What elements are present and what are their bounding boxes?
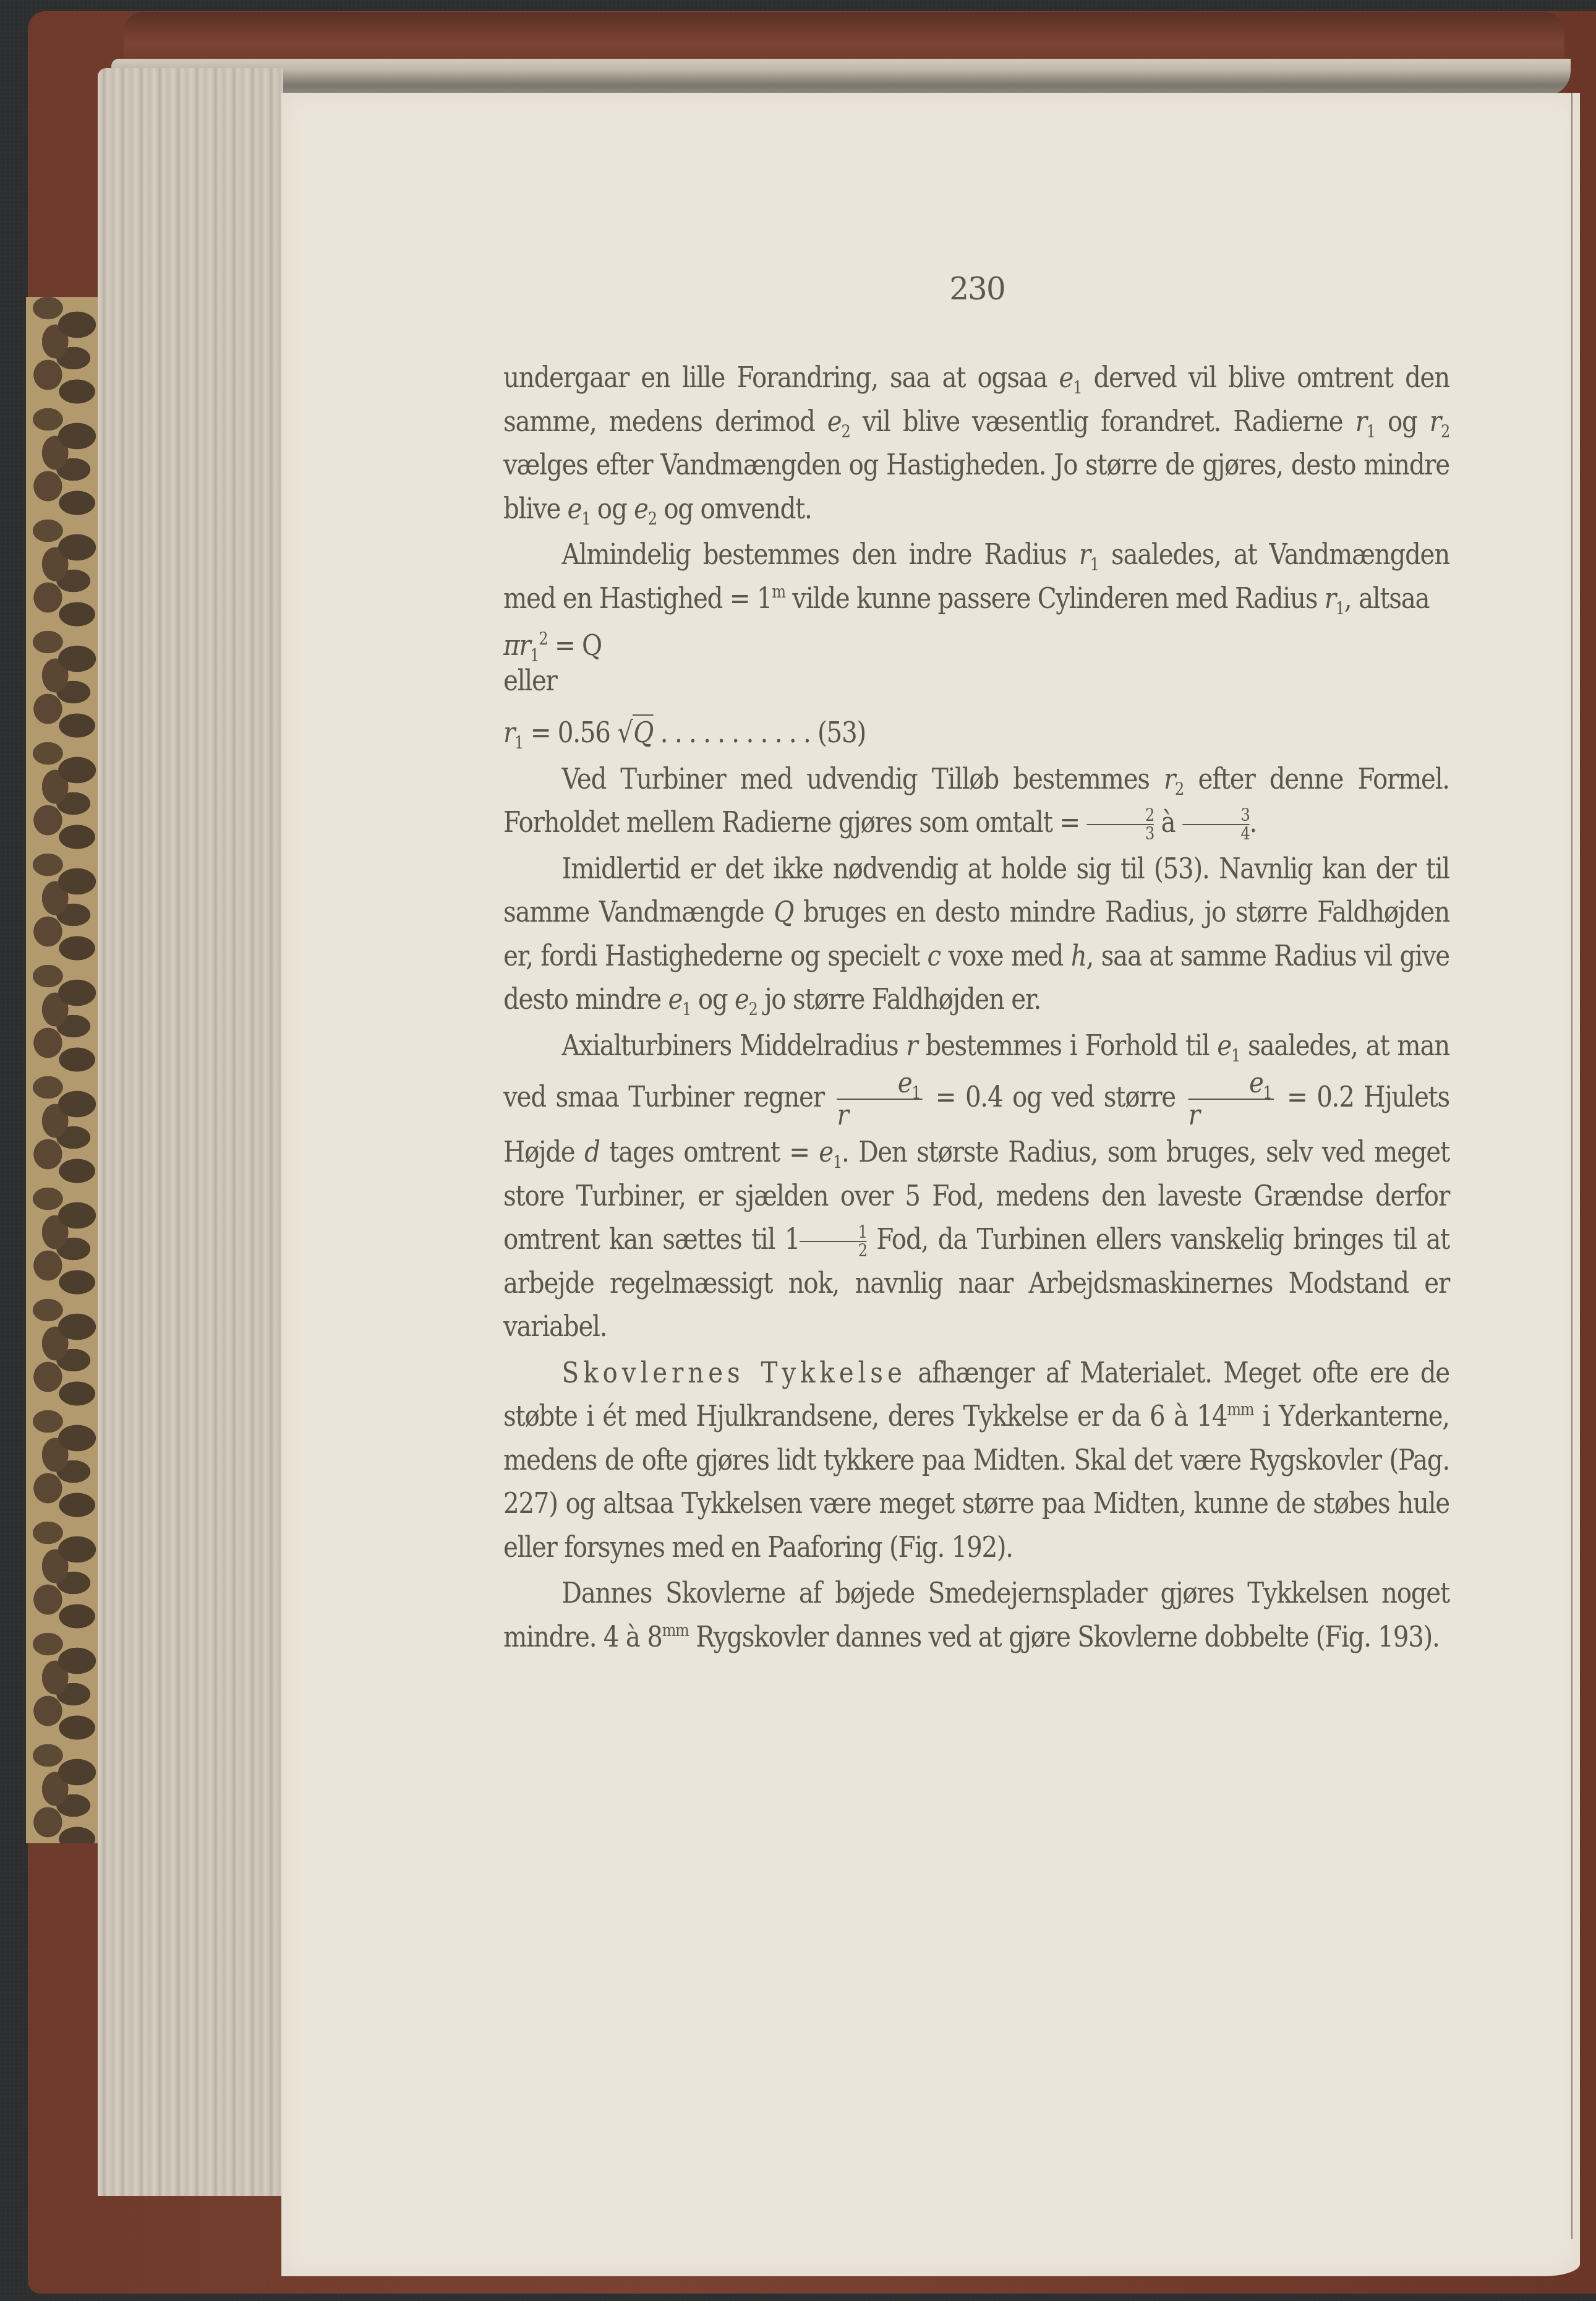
paragraph-4: Ved Turbiner med udvendig Tilløb bestemm… bbox=[503, 758, 1449, 845]
fraction-e1-over-r: e1r bbox=[1188, 1068, 1274, 1131]
equation-53: r1 = 0.56 √Q . . . . . . . . . . . (53) bbox=[503, 711, 1444, 755]
page-stack-top-edge bbox=[111, 59, 1571, 96]
fraction-2-3: 23 bbox=[1086, 807, 1154, 842]
paragraph-1: undergaar en lille Forandring, saa at og… bbox=[503, 356, 1449, 531]
equation-number: (53) bbox=[817, 716, 866, 750]
paragraph-6: Axialturbiners Middelradius r bestemmes … bbox=[503, 1024, 1449, 1349]
spaced-heading: Skovlernes Tykkelse bbox=[562, 1356, 907, 1390]
fraction-3-4: 34 bbox=[1182, 807, 1250, 842]
text-eller: eller bbox=[503, 659, 1449, 703]
fraction-one-half: 12 bbox=[800, 1223, 867, 1259]
fraction-e1-over-r: e1r bbox=[837, 1068, 923, 1131]
text-column: undergaar en lille Forandring, saa at og… bbox=[503, 356, 1449, 1659]
paragraph-2: Almindelig bestemmes den indre Radius r1… bbox=[503, 533, 1449, 620]
paragraph-7: Skovlernes Tykkelse afhænger af Material… bbox=[503, 1352, 1449, 1570]
paragraph-5: Imidlertid er det ikke nødvendig at hold… bbox=[503, 847, 1449, 1022]
paragraph-8: Dannes Skovlerne af bøjede Smedejernspla… bbox=[503, 1572, 1449, 1659]
marbled-endpaper bbox=[26, 297, 99, 1843]
page-right-edge bbox=[1571, 93, 1573, 2239]
page-stack-left-edge bbox=[98, 68, 283, 2196]
page-number: 230 bbox=[928, 271, 1026, 307]
